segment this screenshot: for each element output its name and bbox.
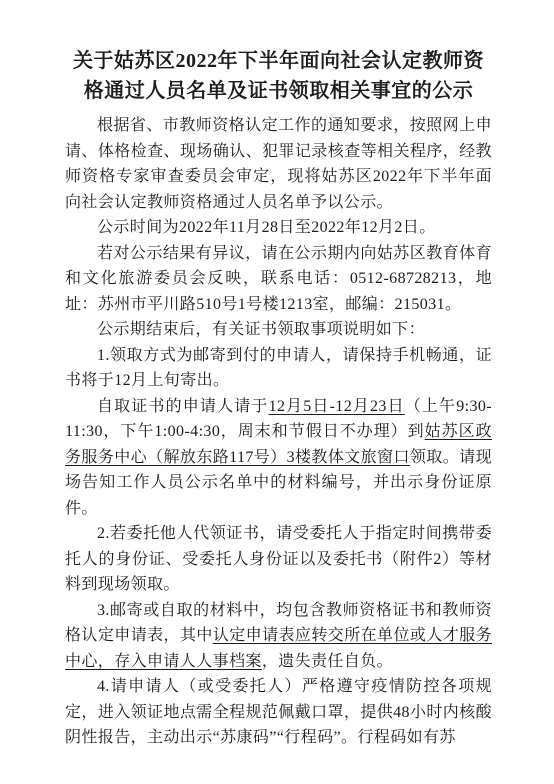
paragraph: 4.请申请人（或受委托人）严格遵守疫情防控各项规定，进入领证地点需全程规范佩戴口… xyxy=(65,674,492,751)
paragraph-text: 2.若委托他人代领证书，请受委托人于指定时间携带委托人的身份证、受委托人身份证以… xyxy=(65,525,492,593)
document-page: 关于姑苏区2022年下半年面向社会认定教师资格通过人员名单及证书领取相关事宜的公… xyxy=(0,0,554,784)
underlined-text: 12月5日-12月23日 xyxy=(269,398,405,415)
paragraph: 1.领取方式为邮寄到付的申请人，请保持手机畅通，证书将于12月上旬寄出。 xyxy=(65,343,492,394)
paragraph: 公示时间为2022年11月28日至2022年12月2日。 xyxy=(65,215,492,241)
paragraph: 2.若委托他人代领证书，请受委托人于指定时间携带委托人的身份证、受委托人身份证以… xyxy=(65,521,492,598)
paragraph-text: 1.领取方式为邮寄到付的申请人，请保持手机畅通，证书将于12月上旬寄出。 xyxy=(65,347,492,390)
paragraph-text: 4.请申请人（或受委托人）严格遵守疫情防控各项规定，进入领证地点需全程规范佩戴口… xyxy=(65,678,492,746)
paragraph: 根据省、市教师资格认定工作的通知要求，按照网上申请、体格检查、现场确认、犯罪记录… xyxy=(65,113,492,215)
paragraph-text: 公示时间为2022年11月28日至2022年12月2日。 xyxy=(97,219,436,236)
document-body: 根据省、市教师资格认定工作的通知要求，按照网上申请、体格检查、现场确认、犯罪记录… xyxy=(65,113,492,751)
paragraph-text: 自取证书的申请人请于 xyxy=(97,398,269,415)
paragraph: 若对公示结果有异议，请在公示期内向姑苏区教育体育和文化旅游委员会反映，联系电话：… xyxy=(65,241,492,318)
paragraph: 公示期结束后，有关证书领取事项说明如下： xyxy=(65,317,492,343)
paragraph: 3.邮寄或自取的材料中，均包含教师资格证书和教师资格认定申请表，其中认定申请表应… xyxy=(65,598,492,675)
paragraph-text: 根据省、市教师资格认定工作的通知要求，按照网上申请、体格检查、现场确认、犯罪记录… xyxy=(65,117,492,211)
paragraph: 自取证书的申请人请于12月5日-12月23日（上午9:30-11:30，下午1:… xyxy=(65,394,492,522)
page-title: 关于姑苏区2022年下半年面向社会认定教师资格通过人员名单及证书领取相关事宜的公… xyxy=(65,46,492,106)
paragraph-text: ，遗失责任自负。 xyxy=(262,653,393,670)
paragraph-text: 若对公示结果有异议，请在公示期内向姑苏区教育体育和文化旅游委员会反映，联系电话：… xyxy=(65,245,492,313)
paragraph-text: 公示期结束后，有关证书领取事项说明如下： xyxy=(97,321,425,338)
